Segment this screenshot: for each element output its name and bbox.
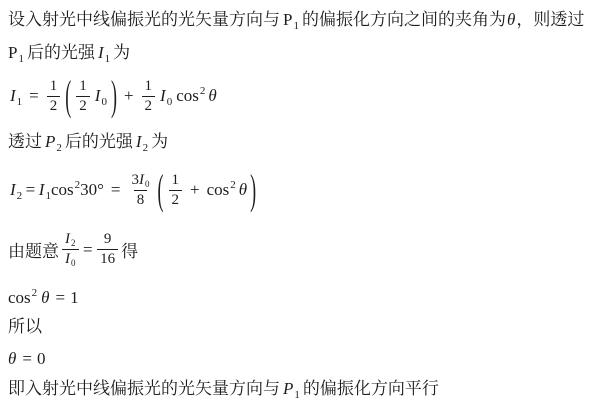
sup-2: 2	[230, 179, 236, 191]
value-0: 0	[37, 349, 46, 368]
plus-sign: +	[190, 180, 200, 200]
scanned-solution-page: 设入射光中线偏振光的光矢量方向与P1的偏振化方向之间的夹角为θ，则透过 P1后的…	[0, 0, 611, 418]
sup-2: 2	[200, 85, 206, 97]
equation-cos-squared-theta: cos2θ=1	[8, 287, 79, 309]
equals-sign: =	[22, 349, 32, 368]
left-paren: (	[158, 165, 164, 214]
sub-1: 1	[294, 389, 300, 401]
cos-squared: cos2	[207, 180, 236, 200]
line1-text-a: 设入射光中线偏振光的光矢量方向与	[8, 10, 280, 29]
fraction-I2-over-I0: I2I0	[62, 230, 79, 269]
numerator: 1	[47, 77, 61, 96]
numerator: 3I0	[129, 171, 153, 190]
equals-sign: =	[29, 86, 39, 106]
fraction-one-half: 12	[76, 77, 90, 116]
denominator: 16	[97, 249, 118, 269]
formula-I1: I1 = 12 ( 12 I0 ) + 12 I0 cos2 θ	[8, 73, 218, 119]
therefore-text: 所以	[8, 316, 42, 338]
ratio-condition-line: 由题意 I2I0 = 916 得	[8, 228, 138, 271]
line3-text-c: 为	[151, 132, 168, 151]
fraction-one-half: 12	[169, 171, 183, 210]
sub-2: 2	[143, 142, 149, 154]
sub-1: 1	[105, 53, 111, 65]
denominator: 2	[169, 190, 183, 210]
equals-sign: =	[56, 288, 66, 307]
var-I2: I2	[136, 131, 148, 153]
line4-suffix: 得	[121, 237, 138, 262]
var-theta: θ	[239, 180, 247, 200]
line2-text-b: 为	[113, 43, 130, 62]
line3-text-b: 后的光强	[65, 132, 133, 151]
sub-0: 0	[71, 258, 76, 268]
var-theta: θ	[41, 288, 49, 307]
var-P: P	[283, 10, 292, 29]
cos-function: cos	[207, 180, 230, 199]
sub-1: 1	[293, 20, 299, 32]
line6-text: 所以	[8, 317, 42, 336]
denominator: 2	[47, 96, 61, 116]
equals-sign: =	[111, 180, 121, 200]
var-P: P	[283, 379, 293, 398]
numerator: I2	[62, 230, 79, 249]
var-I0: I0	[160, 86, 172, 106]
fraction-one-half: 12	[47, 77, 61, 116]
var-I: I	[160, 86, 166, 105]
sub-2: 2	[71, 238, 76, 248]
var-P2-italic: P2	[45, 131, 62, 153]
var-P: P	[45, 132, 55, 151]
fraction-3I0-over-8: 3I08	[129, 171, 153, 210]
sub-1: 1	[18, 53, 24, 65]
var-theta: θ	[208, 86, 216, 106]
var-I: I	[39, 180, 45, 199]
var-P1-italic: P1	[283, 378, 300, 400]
var-I: I	[10, 86, 16, 105]
var-I: I	[65, 251, 70, 267]
sub-2: 2	[17, 190, 23, 202]
cos-squared: cos2	[8, 287, 37, 309]
equals-sign: =	[26, 180, 36, 200]
var-I: I	[136, 132, 142, 151]
solution-line-3: 透过P2后的光强I2为	[8, 131, 168, 153]
angle-30-degrees: 30°	[80, 180, 104, 199]
var-theta: θ	[507, 10, 515, 29]
var-I: I	[10, 180, 16, 199]
var-I1: I1	[98, 42, 110, 64]
numerator: 9	[101, 230, 115, 249]
var-I: I	[139, 172, 144, 188]
cos-squared: cos2	[176, 86, 205, 106]
coefficient-3: 3	[132, 172, 140, 188]
cos-function: cos	[8, 288, 31, 307]
formula-I2: I2 = I1 cos230° = 3I08 ( 12 + cos2 θ )	[8, 166, 258, 214]
var-P1-upright: P1	[283, 9, 299, 31]
line3-text-a: 透过	[8, 132, 42, 151]
equals-sign: =	[83, 240, 93, 260]
line8-text-b: 的偏振化方向平行	[303, 379, 439, 398]
denominator: 2	[76, 96, 90, 116]
line8-text-a: 即入射光中线偏振光的光矢量方向与	[8, 379, 280, 398]
plus-sign: +	[124, 86, 134, 106]
sub-0: 0	[145, 179, 150, 189]
left-paren: (	[65, 71, 71, 120]
var-theta: θ	[8, 349, 16, 368]
sub-0: 0	[167, 96, 173, 108]
right-paren: )	[250, 165, 256, 214]
var-I: I	[65, 231, 70, 247]
line1-text-b: 的偏振化方向之间的夹角为	[302, 10, 506, 29]
line2-text-a: 后的光强	[27, 43, 95, 62]
value-1: 1	[70, 288, 79, 307]
var-I: I	[95, 86, 101, 105]
numerator: 1	[76, 77, 90, 96]
var-I1: I1	[10, 86, 22, 106]
solution-line-2: P1后的光强I1为	[8, 42, 130, 64]
numerator: 1	[169, 171, 183, 190]
var-I1: I1	[39, 180, 51, 200]
cos-squared-30deg: cos230°	[51, 180, 104, 200]
line4-prefix: 由题意	[8, 237, 59, 262]
sup-2: 2	[32, 287, 38, 299]
var-I: I	[98, 43, 104, 62]
right-paren: )	[111, 71, 117, 120]
var-P: P	[8, 43, 17, 62]
sub-0: 0	[101, 96, 107, 108]
var-I2: I2	[10, 180, 22, 200]
cos-function: cos	[176, 86, 199, 105]
fraction-one-half: 12	[142, 77, 156, 116]
line1-text-c: ，则透过	[516, 10, 584, 29]
fraction-9-over-16: 916	[97, 230, 118, 269]
denominator: 2	[142, 96, 156, 116]
denominator: I0	[62, 249, 79, 269]
var-P1-upright: P1	[8, 42, 24, 64]
equation-theta-zero: θ=0	[8, 348, 45, 370]
solution-line-1: 设入射光中线偏振光的光矢量方向与P1的偏振化方向之间的夹角为θ，则透过	[8, 9, 584, 31]
sub-2: 2	[56, 142, 62, 154]
sub-1: 1	[17, 96, 23, 108]
numerator: 1	[142, 77, 156, 96]
var-I0: I0	[95, 86, 107, 106]
conclusion-line: 即入射光中线偏振光的光矢量方向与P1的偏振化方向平行	[8, 378, 439, 400]
cos-function: cos	[51, 180, 74, 199]
denominator: 8	[134, 190, 148, 210]
